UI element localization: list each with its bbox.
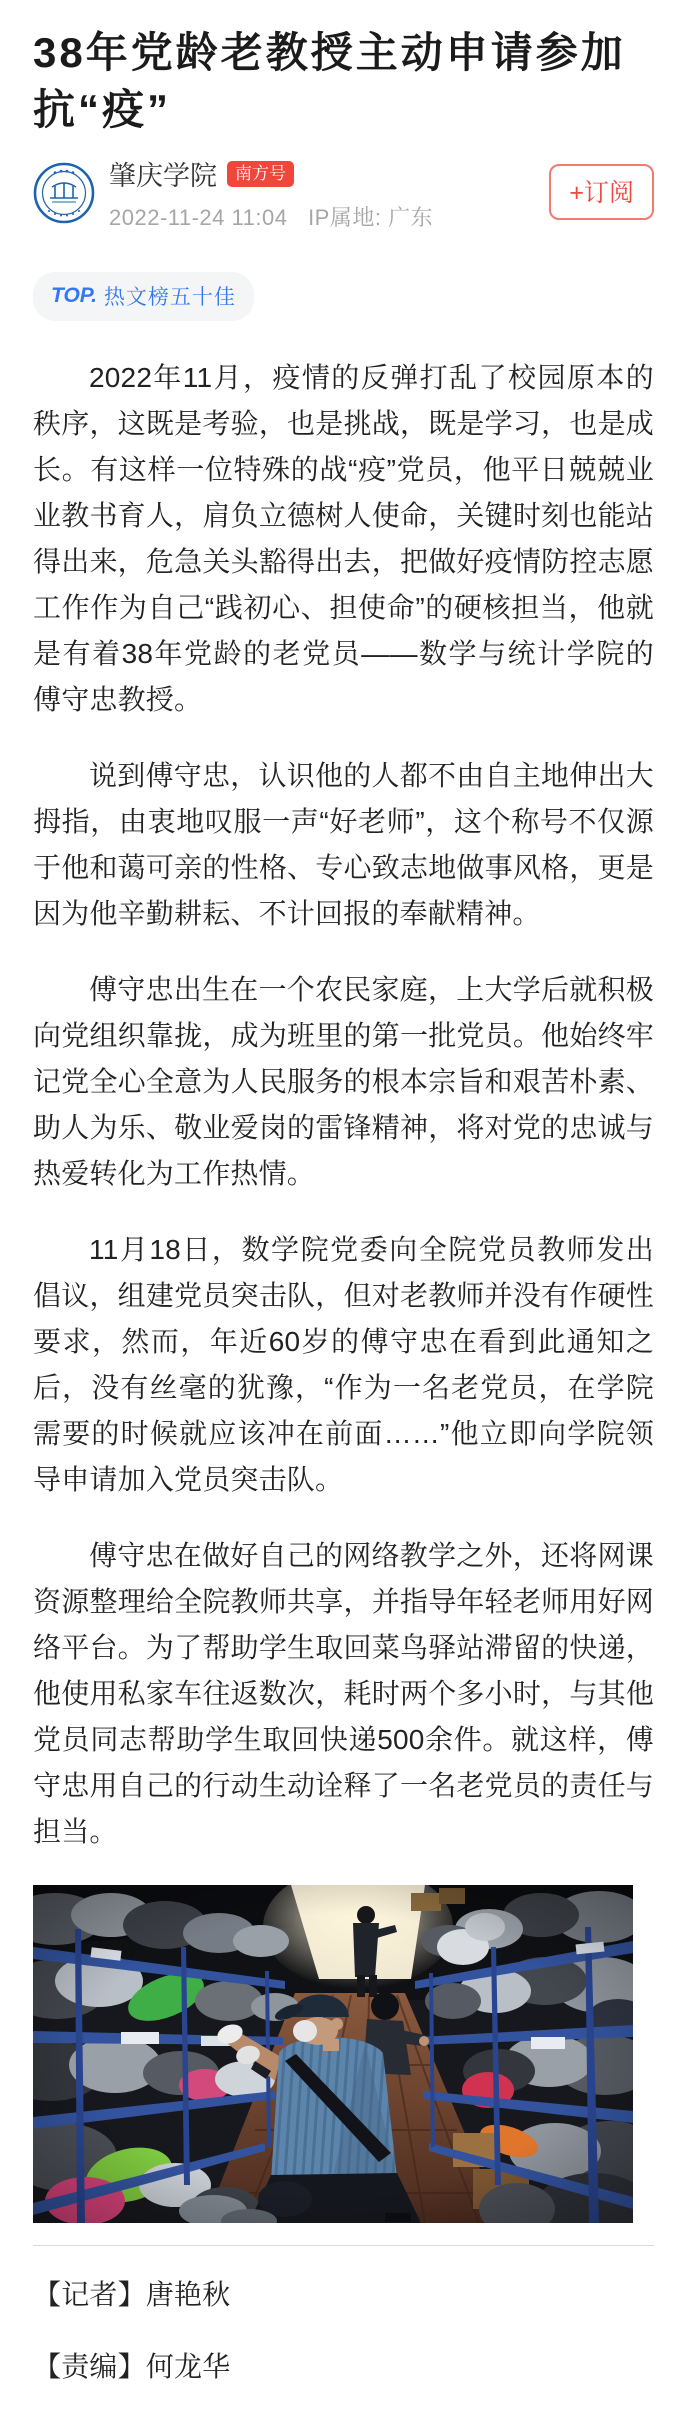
article-paragraph: 2022年11月，疫情的反弹打乱了校园原本的秩序，这既是考验，也是挑战，既是学习…	[33, 355, 654, 723]
article-page: 38年党龄老教授主动申请参加抗“疫”	[0, 0, 687, 2420]
publisher-name[interactable]: 肇庆学院	[109, 154, 217, 193]
platform-badge: 南方号	[227, 161, 294, 187]
credits-block: 【记者】唐艳秋【责编】何龙华	[33, 2272, 654, 2390]
credit-line: 【责编】何龙华	[33, 2344, 654, 2390]
article-paragraph: 傅守忠出生在一个农民家庭，上大学后就积极向党组织靠拢，成为班里的第一批党员。他始…	[33, 967, 654, 1197]
subscribe-button[interactable]: +订阅	[549, 164, 654, 220]
hot-list-badge[interactable]: TOP. 热文榜五十佳	[33, 272, 254, 321]
article-title: 38年党龄老教授主动申请参加抗“疫”	[33, 24, 654, 138]
article-body: 2022年11月，疫情的反弹打乱了校园原本的秩序，这既是考验，也是挑战，既是学习…	[33, 355, 654, 1855]
divider	[33, 2245, 654, 2246]
hot-list-prefix: TOP.	[51, 284, 97, 308]
warehouse-photo-illustration	[33, 1885, 633, 2223]
publisher-row: 肇庆学院 南方号 2022-11-24 11:04 IP属地: 广东 +订阅	[33, 160, 654, 226]
article-photo[interactable]	[33, 1885, 633, 2223]
ip-location: IP属地: 广东	[308, 205, 433, 230]
publish-timestamp: 2022-11-24 11:04	[109, 205, 287, 230]
article-paragraph: 傅守忠在做好自己的网络教学之外，还将网课资源整理给全院教师共享，并指导年轻老师用…	[33, 1533, 654, 1855]
university-seal-icon	[33, 162, 95, 224]
publisher-avatar[interactable]	[33, 162, 95, 224]
hot-list-label: 热文榜五十佳	[104, 281, 236, 311]
article-paragraph: 说到傅守忠，认识他的人都不由自主地伸出大拇指，由衷地叹服一声“好老师”，这个称号…	[33, 753, 654, 937]
article-paragraph: 11月18日，数学院党委向全院党员教师发出倡议，组建党员突击队，但对老教师并没有…	[33, 1227, 654, 1503]
credit-line: 【记者】唐艳秋	[33, 2272, 654, 2318]
